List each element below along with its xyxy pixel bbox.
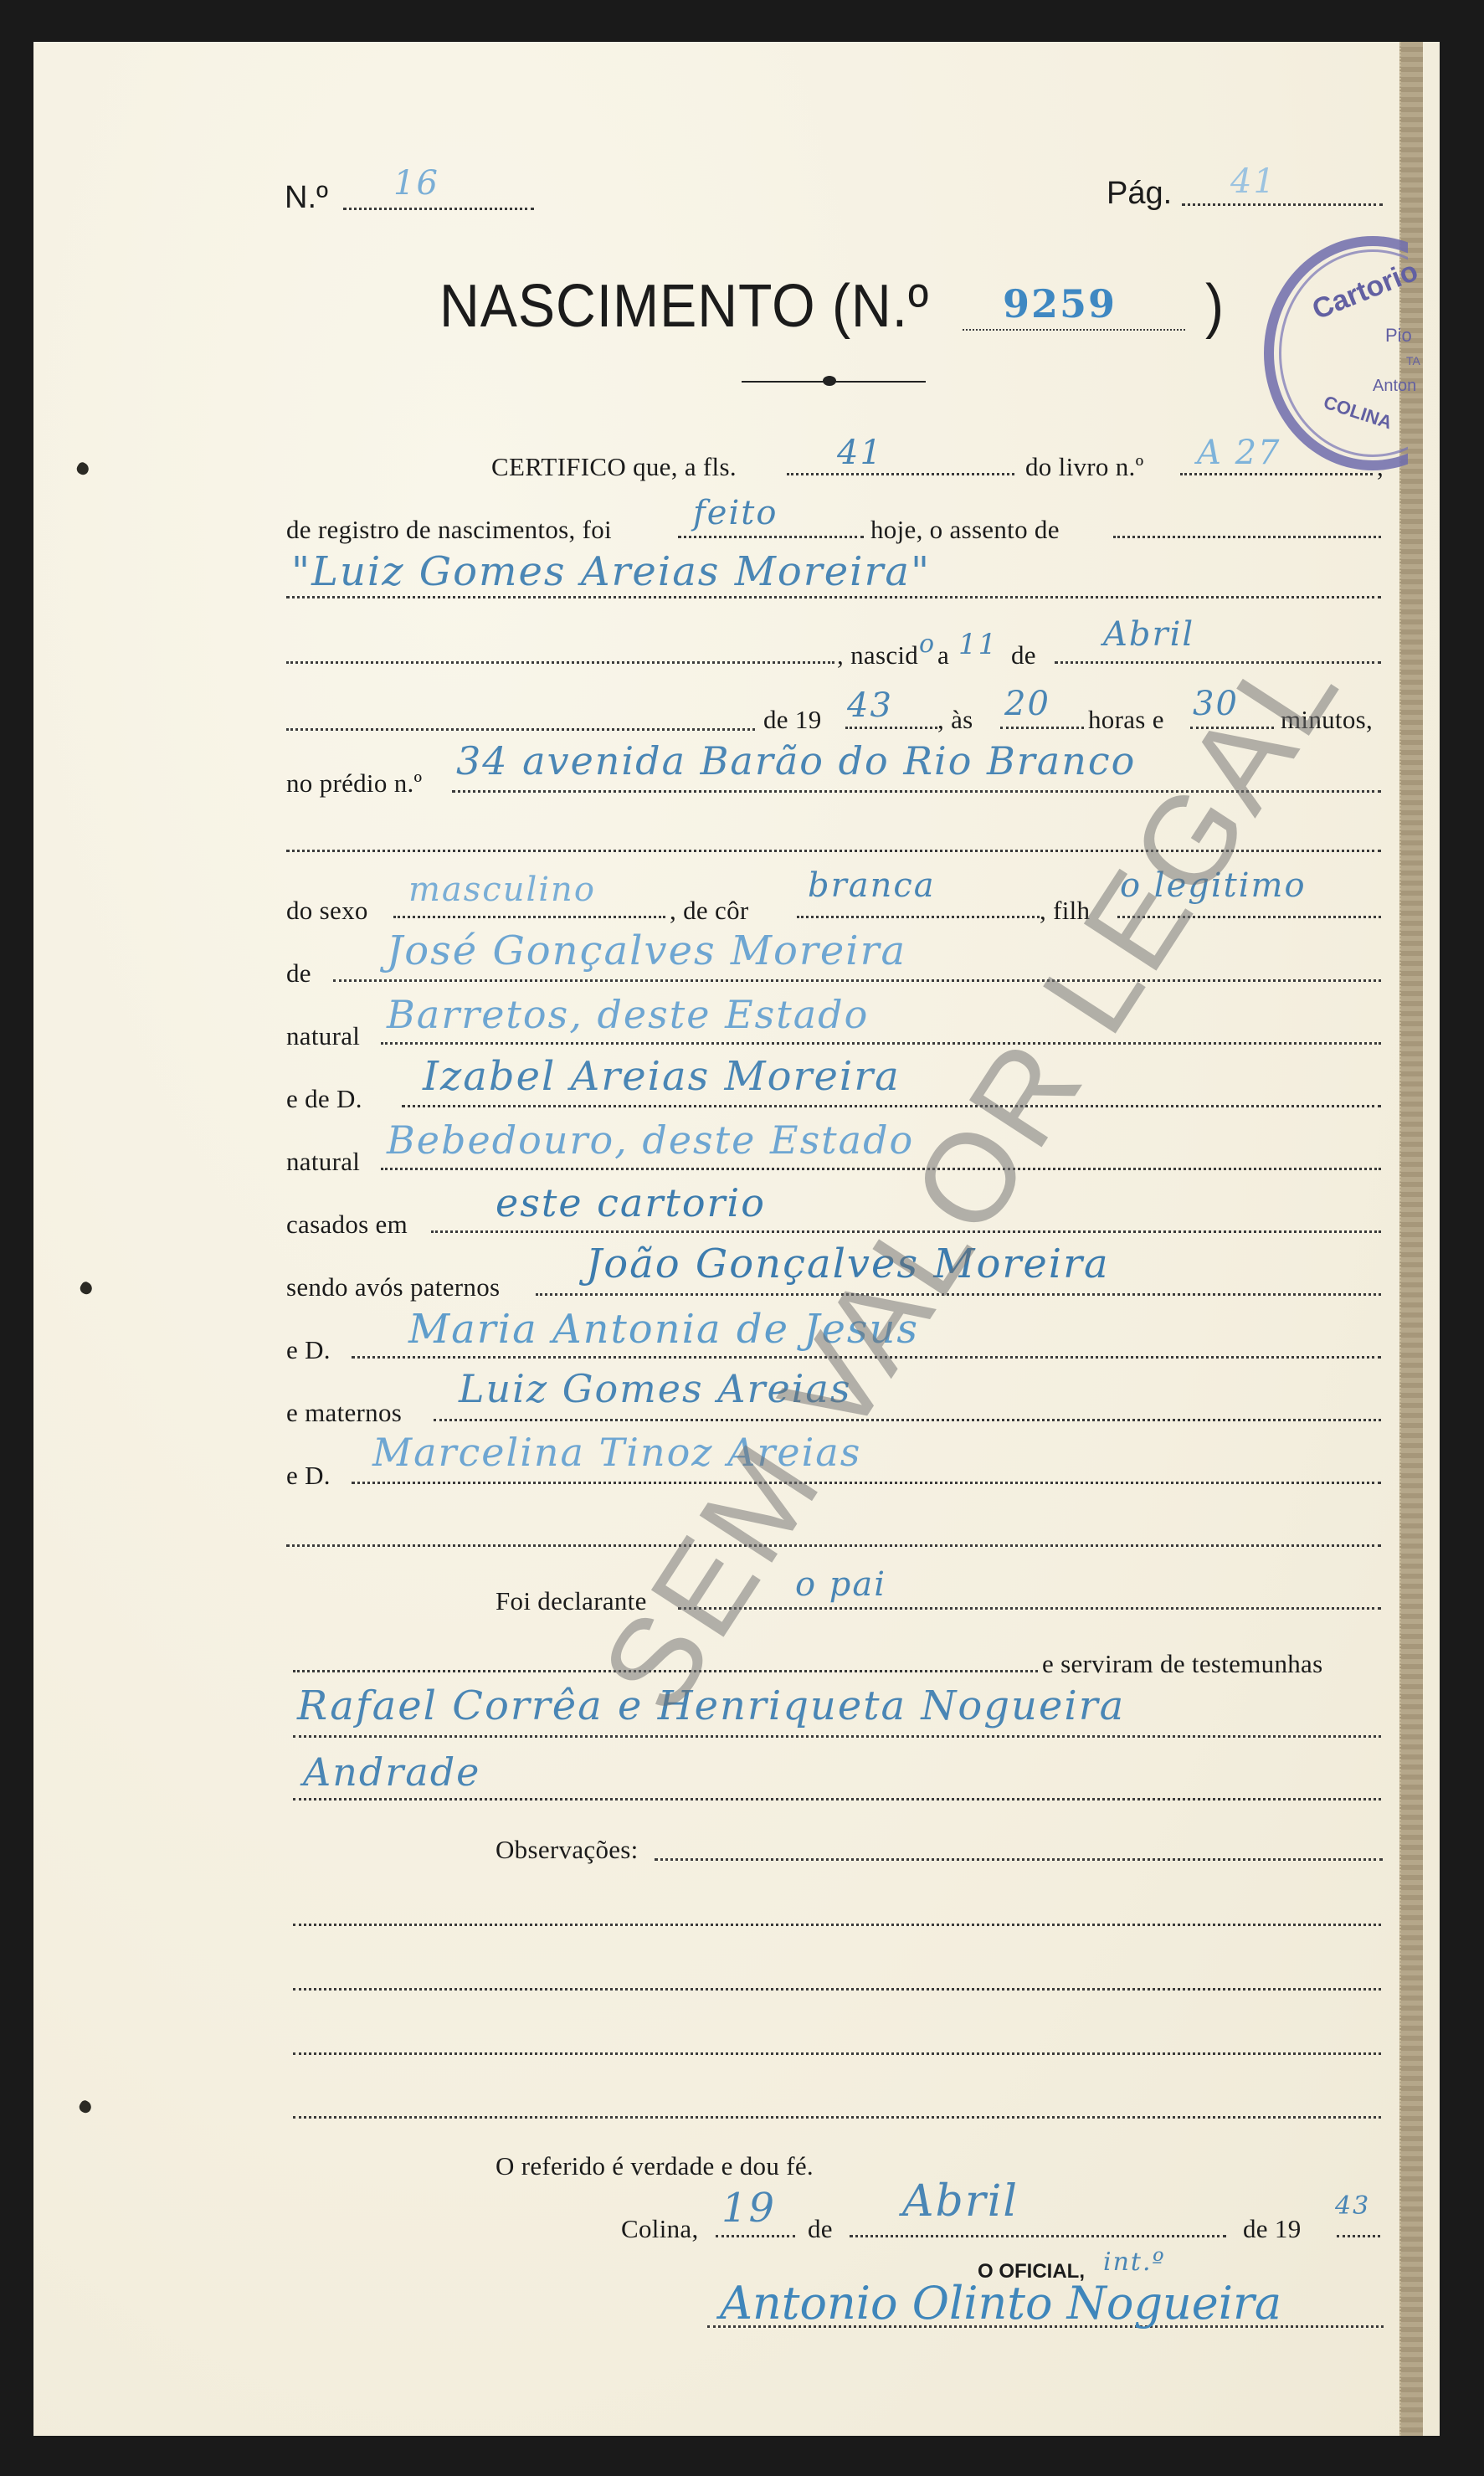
blank-line xyxy=(286,1544,1381,1547)
closing-month: Abril xyxy=(902,2176,1019,2227)
number-line xyxy=(343,208,534,210)
mae-line xyxy=(402,1105,1381,1107)
hour-line xyxy=(1000,727,1084,729)
pai-natural-label: natural xyxy=(286,1021,360,1051)
closing-year-label: de 19 xyxy=(1243,2214,1302,2244)
official-suffix: int.º xyxy=(1103,2247,1166,2277)
cor-label: , de côr xyxy=(670,896,749,926)
hoje-label: hoje, o assento de xyxy=(870,515,1060,545)
as-label: , às xyxy=(937,705,973,735)
comma: , xyxy=(1377,452,1384,482)
closing-year: 43 xyxy=(1335,2191,1370,2221)
closing-de: de xyxy=(808,2214,833,2244)
testemunhas-line-1 xyxy=(293,1735,1381,1738)
mae-label: e de D. xyxy=(286,1084,362,1114)
nascido-pre-line xyxy=(286,661,834,664)
avos-paternos-label: sendo avós paternos xyxy=(286,1272,500,1302)
avo-materna-line xyxy=(352,1482,1381,1484)
observacoes-line-3 xyxy=(293,1988,1381,1991)
foi-value: feito xyxy=(693,494,778,532)
year-pre-line xyxy=(286,728,755,731)
stamp-text: Anton xyxy=(1373,377,1416,396)
sexo-label: do sexo xyxy=(286,896,368,926)
closing-city: Colina, xyxy=(621,2214,699,2244)
avo-materno-line xyxy=(434,1419,1381,1421)
sexo-line xyxy=(393,916,665,918)
predio-label: no prédio n.º xyxy=(286,768,422,799)
certifico-label: CERTIFICO que, a fls. xyxy=(491,452,737,482)
nascido-suffix: o xyxy=(919,629,936,659)
testemunhas-value-2: Andrade xyxy=(303,1749,480,1795)
number-value: 16 xyxy=(393,164,439,203)
birth-hour: 20 xyxy=(1004,685,1050,723)
name-line xyxy=(286,596,1381,598)
foi-line xyxy=(678,536,864,538)
avo-materna-label: e D. xyxy=(286,1461,331,1491)
declarante-value: o pai xyxy=(795,1565,886,1604)
ornament-center xyxy=(823,376,836,386)
number-label: N.º xyxy=(285,180,328,216)
closing-statement: O referido é verdade e dou fé. xyxy=(496,2151,814,2181)
official-signature: Antonio Olinto Nogueira xyxy=(720,2277,1281,2330)
cor-value: branca xyxy=(808,866,936,905)
closing-day: 19 xyxy=(721,2185,776,2232)
observacoes-line-5 xyxy=(293,2116,1381,2119)
certificate-page xyxy=(33,42,1440,2436)
page-value: 41 xyxy=(1230,162,1276,201)
pai-line xyxy=(333,979,1381,982)
pai-natural-line xyxy=(381,1042,1381,1045)
sexo-value: masculino xyxy=(408,871,596,909)
nascido-label: , nascid xyxy=(837,640,918,670)
livro-label: do livro n.º xyxy=(1025,452,1144,482)
declarante-line xyxy=(678,1607,1381,1610)
observacoes-line-4 xyxy=(293,2052,1381,2055)
page-title: NASCIMENTO (N.º xyxy=(439,272,929,341)
year-line xyxy=(845,727,937,729)
livro-line xyxy=(1180,473,1373,475)
closing-year-line xyxy=(1337,2235,1380,2237)
de-label: de xyxy=(1011,640,1036,670)
title-close-paren: ) xyxy=(1205,272,1225,341)
observacoes-label: Observações: xyxy=(496,1835,639,1865)
page-label: Pág. xyxy=(1107,176,1172,212)
birth-day: 11 xyxy=(958,628,998,661)
closing-month-line xyxy=(850,2235,1226,2237)
casados-label: casados em xyxy=(286,1210,408,1240)
casados-value: este cartorio xyxy=(496,1180,766,1225)
year-label: de 19 xyxy=(763,705,822,735)
registro-label: de registro de nascimentos, foi xyxy=(286,515,612,545)
hoje-line xyxy=(1113,536,1381,538)
cor-line xyxy=(797,916,1040,918)
registrant-name: "Luiz Gomes Areias Moreira" xyxy=(291,548,931,595)
title-number: 9259 xyxy=(1003,281,1117,326)
stamp-text: TA xyxy=(1406,354,1420,367)
mae-natural-line xyxy=(381,1168,1381,1170)
a-label: a xyxy=(937,640,949,670)
birth-year: 43 xyxy=(847,686,893,725)
page-line xyxy=(1182,203,1383,206)
pai-value: José Gonçalves Moreira xyxy=(387,927,906,974)
pai-natural-value: Barretos, deste Estado xyxy=(387,992,869,1037)
livro-value: A 27 xyxy=(1197,434,1281,472)
testemunhas-label: e serviram de testemunhas xyxy=(1042,1649,1322,1679)
fls-line xyxy=(787,473,1014,475)
mae-natural-value: Bebedouro, deste Estado xyxy=(387,1117,914,1163)
avos-maternos-label: e maternos xyxy=(286,1398,402,1428)
title-number-line xyxy=(963,329,1185,331)
avo-paterna-label: e D. xyxy=(286,1335,331,1365)
mae-value: Izabel Areias Moreira xyxy=(423,1053,901,1100)
predio-value: 34 avenida Barão do Rio Branco xyxy=(456,738,1136,783)
mae-natural-label: natural xyxy=(286,1147,360,1177)
observacoes-line xyxy=(655,1858,1383,1861)
horas-label: horas e xyxy=(1088,705,1164,735)
stamp-text: Pio xyxy=(1385,325,1412,347)
closing-day-line xyxy=(716,2235,795,2237)
fls-value: 41 xyxy=(837,434,883,472)
pai-label: de xyxy=(286,958,311,989)
birth-month: Abril xyxy=(1103,615,1194,654)
observacoes-line-2 xyxy=(293,1924,1381,1926)
testemunhas-line-2 xyxy=(293,1798,1381,1800)
